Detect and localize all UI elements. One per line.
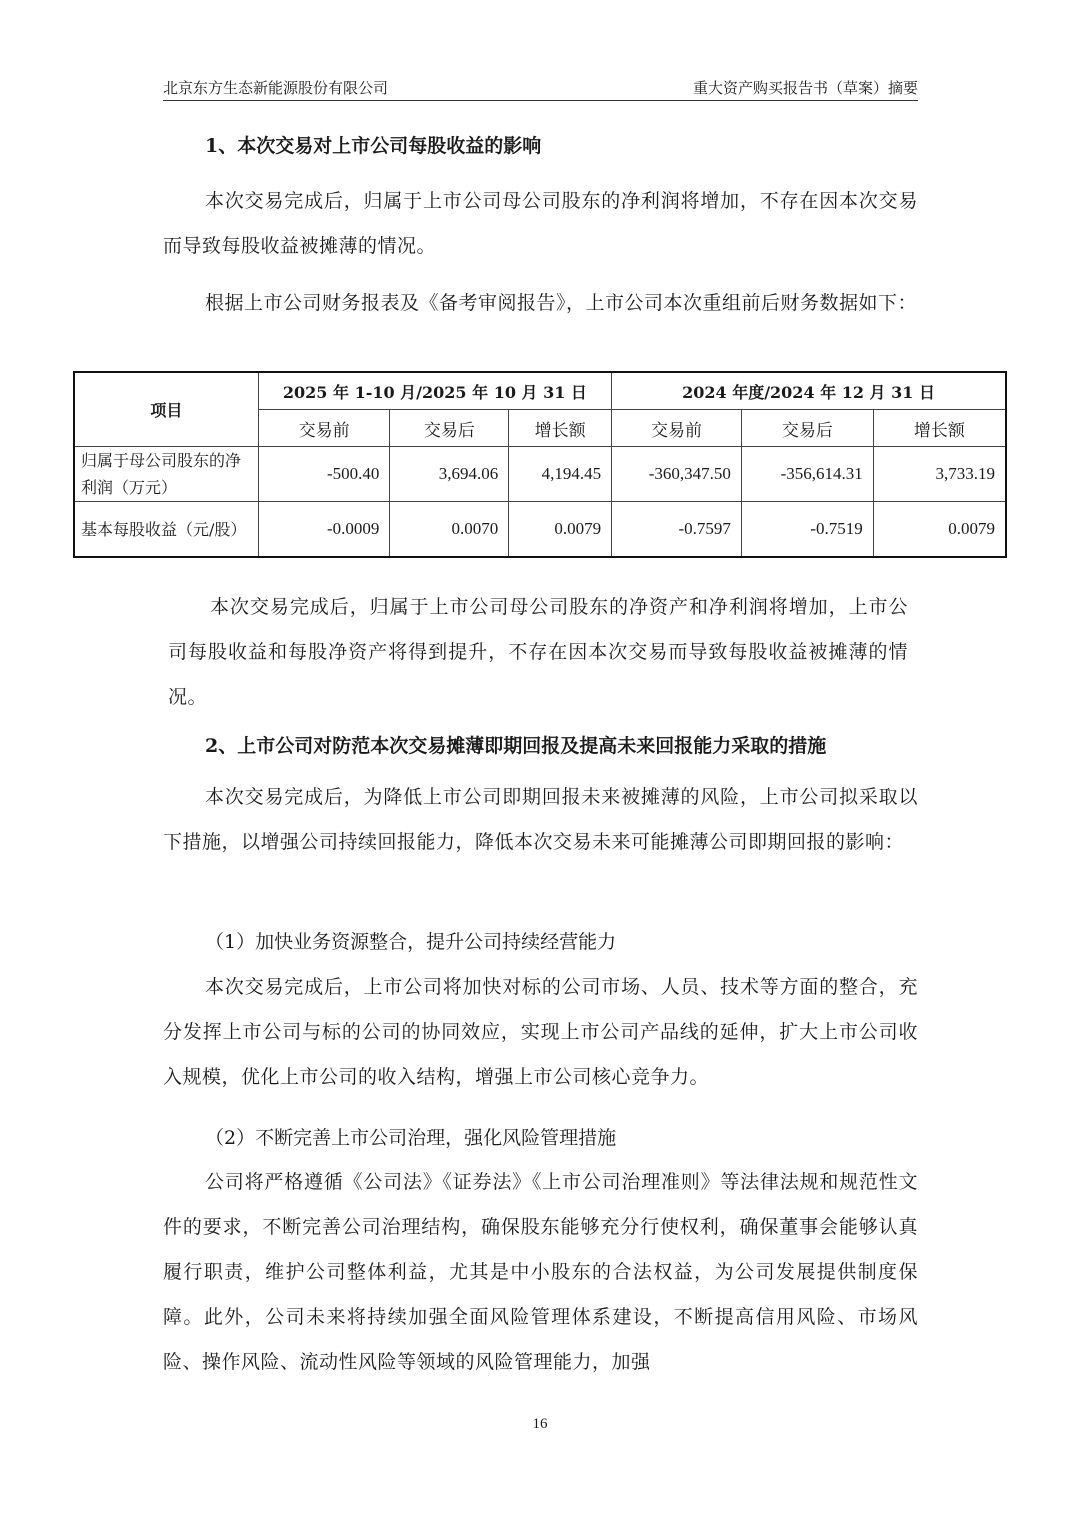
subheader-after-2024: 交易后 xyxy=(741,410,873,447)
subheader-before-2024: 交易前 xyxy=(612,410,742,447)
row-label-net-profit: 归属于母公司股东的净利润（万元） xyxy=(74,447,258,502)
cell: 3,694.06 xyxy=(390,447,509,502)
cell: -0.0009 xyxy=(258,502,390,558)
section2-heading: 2、上市公司对防范本次交易摊薄即期回报及提高未来回报能力采取的措施 xyxy=(205,734,826,758)
section1-heading: 1、本次交易对上市公司每股收益的影响 xyxy=(205,134,541,158)
cell: -360,347.50 xyxy=(612,447,742,502)
measure1-title: （1）加快业务资源整合，提升公司持续经营能力 xyxy=(205,930,616,954)
cell: 0.0079 xyxy=(509,502,612,558)
row-label-eps: 基本每股收益（元/股） xyxy=(74,502,258,558)
section1-para1: 本次交易完成后，归属于上市公司母公司股东的净利润将增加，不存在因本次交易而导致每… xyxy=(163,179,918,269)
period-header-2024: 2024 年度/2024 年 12 月 31 日 xyxy=(612,372,1006,410)
item-header: 项目 xyxy=(74,372,258,447)
financial-comparison-table: 项目 2025 年 1-10 月/2025 年 10 月 31 日 2024 年… xyxy=(73,371,1007,558)
subheader-before-2025: 交易前 xyxy=(258,410,390,447)
cell: 0.0079 xyxy=(873,502,1006,558)
section1-conclusion: 本次交易完成后，归属于上市公司母公司股东的净资产和净利润将增加，上市公司每股收益… xyxy=(168,585,908,720)
table-header-row: 项目 2025 年 1-10 月/2025 年 10 月 31 日 2024 年… xyxy=(74,372,1006,410)
cell: -500.40 xyxy=(258,447,390,502)
header-document-title: 重大资产购买报告书（草案）摘要 xyxy=(693,78,918,98)
subheader-growth-2025: 增长额 xyxy=(509,410,612,447)
cell: -0.7597 xyxy=(612,502,742,558)
period-header-2025: 2025 年 1-10 月/2025 年 10 月 31 日 xyxy=(258,372,611,410)
cell: 3,733.19 xyxy=(873,447,1006,502)
cell: 0.0070 xyxy=(390,502,509,558)
page-number: 16 xyxy=(0,1416,1080,1433)
section2-intro: 本次交易完成后，为降低上市公司即期回报未来被摊薄的风险，上市公司拟采取以下措施，… xyxy=(163,775,918,865)
measure2-title: （2）不断完善上市公司治理，强化风险管理措施 xyxy=(205,1126,616,1150)
table-row: 基本每股收益（元/股） -0.0009 0.0070 0.0079 -0.759… xyxy=(74,502,1006,558)
cell: 4,194.45 xyxy=(509,447,612,502)
page-header: 北京东方生态新能源股份有限公司 重大资产购买报告书（草案）摘要 xyxy=(163,78,918,101)
table-row: 归属于母公司股东的净利润（万元） -500.40 3,694.06 4,194.… xyxy=(74,447,1006,502)
section1-para2: 根据上市公司财务报表及《备考审阅报告》，上市公司本次重组前后财务数据如下： xyxy=(163,281,918,326)
subheader-after-2025: 交易后 xyxy=(390,410,509,447)
subheader-growth-2024: 增长额 xyxy=(873,410,1006,447)
measure2-body: 公司将严格遵循《公司法》《证券法》《上市公司治理准则》等法律法规和规范性文件的要… xyxy=(163,1160,918,1385)
header-company: 北京东方生态新能源股份有限公司 xyxy=(163,78,388,98)
measure1-body: 本次交易完成后，上市公司将加快对标的公司市场、人员、技术等方面的整合，充分发挥上… xyxy=(163,965,918,1100)
cell: -0.7519 xyxy=(741,502,873,558)
cell: -356,614.31 xyxy=(741,447,873,502)
